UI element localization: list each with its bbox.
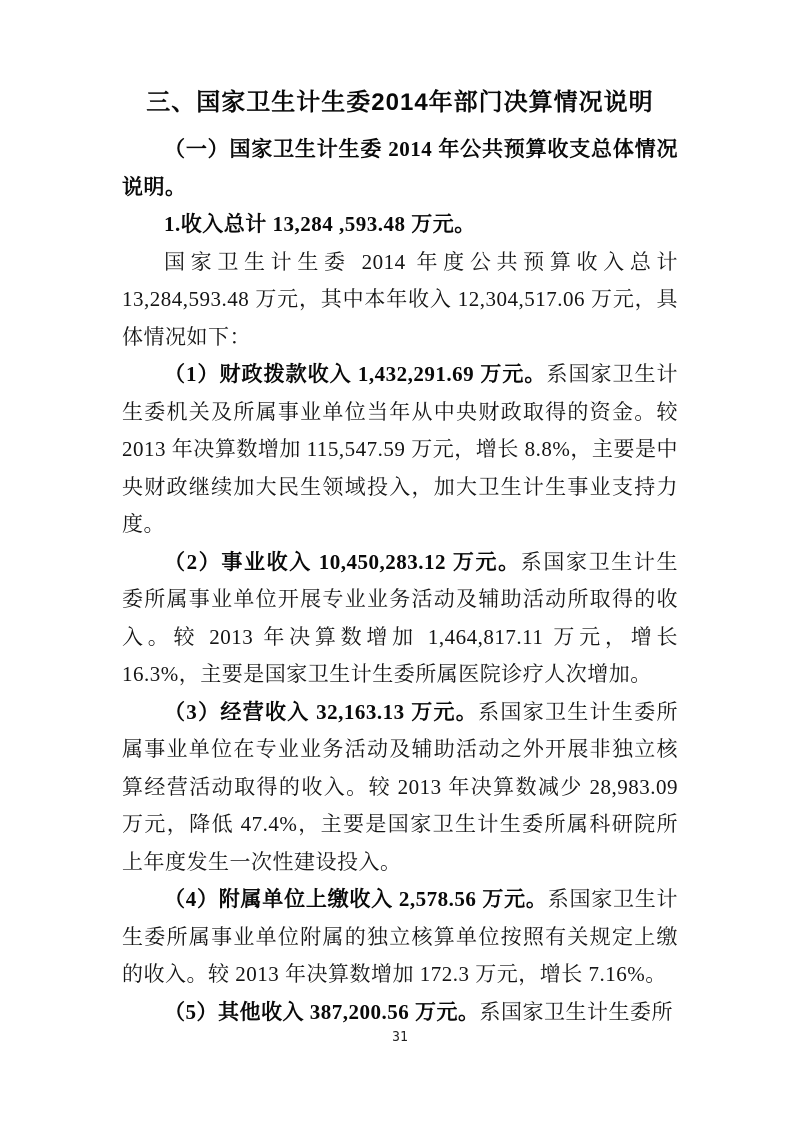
paragraph-section-heading: （一）国家卫生计生委 2014 年公共预算收支总体情况说明。 <box>122 131 678 206</box>
paragraph-lead: （一）国家卫生计生委 2014 年公共预算收支总体情况说明。 <box>122 137 678 199</box>
paragraph-lead: （5）其他收入 387,200.56 万元。 <box>164 1000 480 1024</box>
paragraph-body: 系国家卫生计生委机关及所属事业单位当年从中央财政取得的资金。较 2013 年决算… <box>122 362 678 536</box>
paragraph-body: 国家卫生计生委 2014 年度公共预算收入总计 13,284,593.48 万元… <box>122 250 678 349</box>
paragraph-item-3-business-income: （3）经营收入 32,163.13 万元。系国家卫生计生委所属事业单位在专业业务… <box>122 694 678 882</box>
page-number: 31 <box>0 1030 800 1045</box>
paragraph-lead: 1.收入总计 13,284 ,593.48 万元。 <box>164 212 476 236</box>
paragraph-body: 系国家卫生计生委所属事业单位在专业业务活动及辅助活动之外开展非独立核算经营活动取… <box>122 700 678 874</box>
paragraph-item-2-operating-income: （2）事业收入 10,450,283.12 万元。系国家卫生计生委所属事业单位开… <box>122 544 678 694</box>
paragraph-lead: （4）附属单位上缴收入 2,578.56 万元。 <box>164 887 548 911</box>
document-page: 三、国家卫生计生委2014年部门决算情况说明 （一）国家卫生计生委 2014 年… <box>0 0 800 1131</box>
paragraph-lead: （1）财政拨款收入 1,432,291.69 万元。 <box>164 362 546 386</box>
paragraph-lead: （3）经营收入 32,163.13 万元。 <box>164 700 478 724</box>
paragraph-income-total: 1.收入总计 13,284 ,593.48 万元。 <box>122 206 678 244</box>
paragraph-item-5-other-income: （5）其他收入 387,200.56 万元。系国家卫生计生委所 <box>122 994 678 1032</box>
paragraph-item-4-subsidiary-remittance: （4）附属单位上缴收入 2,578.56 万元。系国家卫生计生委所属事业单位附属… <box>122 881 678 994</box>
paragraph-item-1-fiscal-appropriation: （1）财政拨款收入 1,432,291.69 万元。系国家卫生计生委机关及所属事… <box>122 356 678 544</box>
paragraph-body: 系国家卫生计生委所 <box>480 1000 674 1024</box>
paragraph-income-overview: 国家卫生计生委 2014 年度公共预算收入总计 13,284,593.48 万元… <box>122 244 678 357</box>
page-title: 三、国家卫生计生委2014年部门决算情况说明 <box>122 84 678 122</box>
paragraph-lead: （2）事业收入 10,450,283.12 万元。 <box>164 550 521 574</box>
